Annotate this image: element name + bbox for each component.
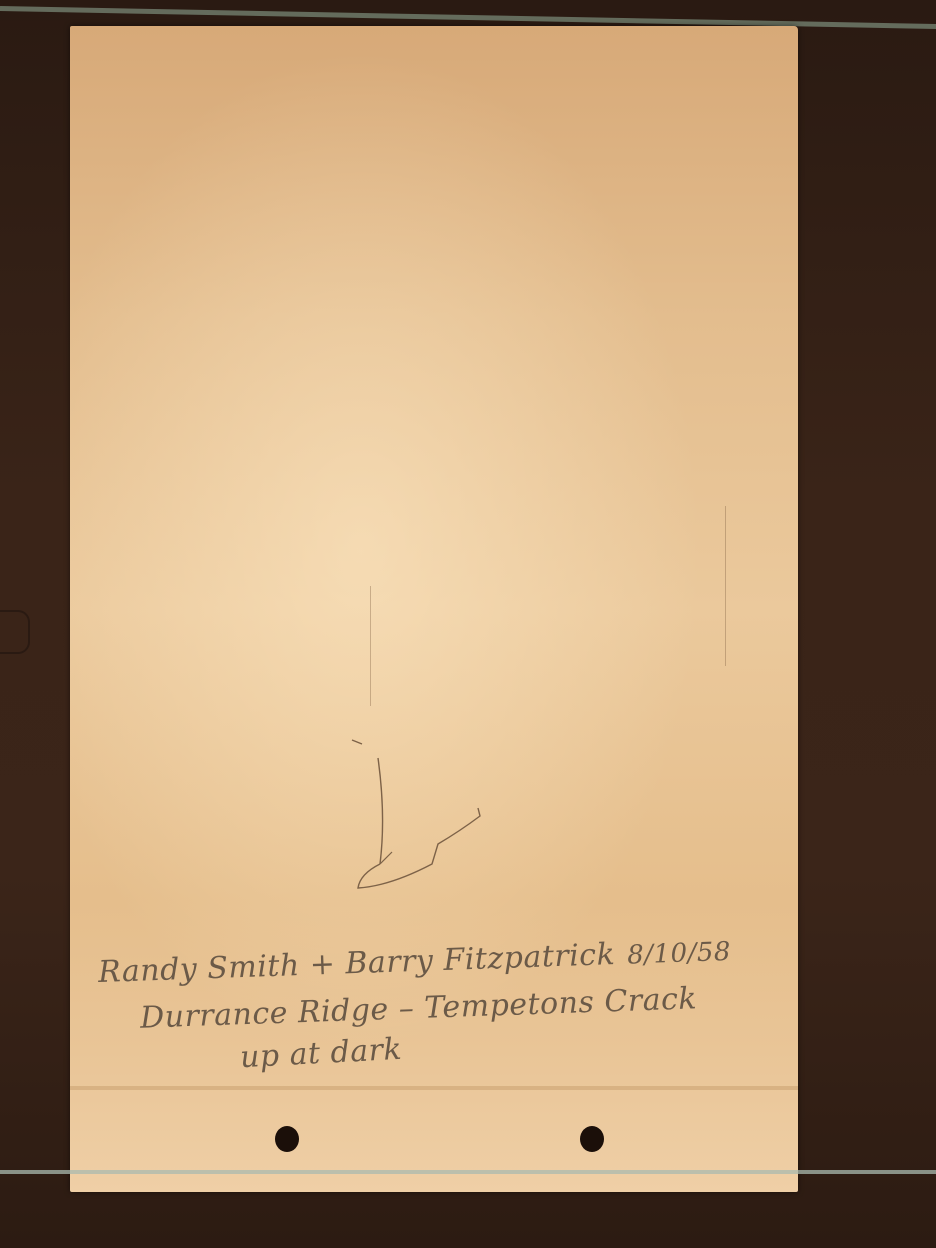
climber-names: Randy Smith + Barry Fitzpatrick (98, 937, 616, 990)
route-sketch-icon (350, 716, 550, 916)
paper-fold (70, 1086, 798, 1090)
faint-rule-line (725, 506, 726, 666)
climbers-and-date: Randy Smith + Barry Fitzpatrick8/10/58 (98, 933, 732, 990)
climb-note: up at dark (239, 1032, 403, 1075)
climb-date: 8/10/58 (627, 937, 732, 971)
route-name: Durrance Ridge – Tempetons Crack (140, 981, 698, 1035)
binder-hole (580, 1126, 604, 1152)
paper-page: Randy Smith + Barry Fitzpatrick8/10/58 D… (70, 26, 798, 1192)
display-glass-edge (0, 1170, 936, 1174)
binder-hole (275, 1126, 299, 1152)
display-clip (0, 610, 30, 654)
faint-rule-line (370, 586, 371, 706)
